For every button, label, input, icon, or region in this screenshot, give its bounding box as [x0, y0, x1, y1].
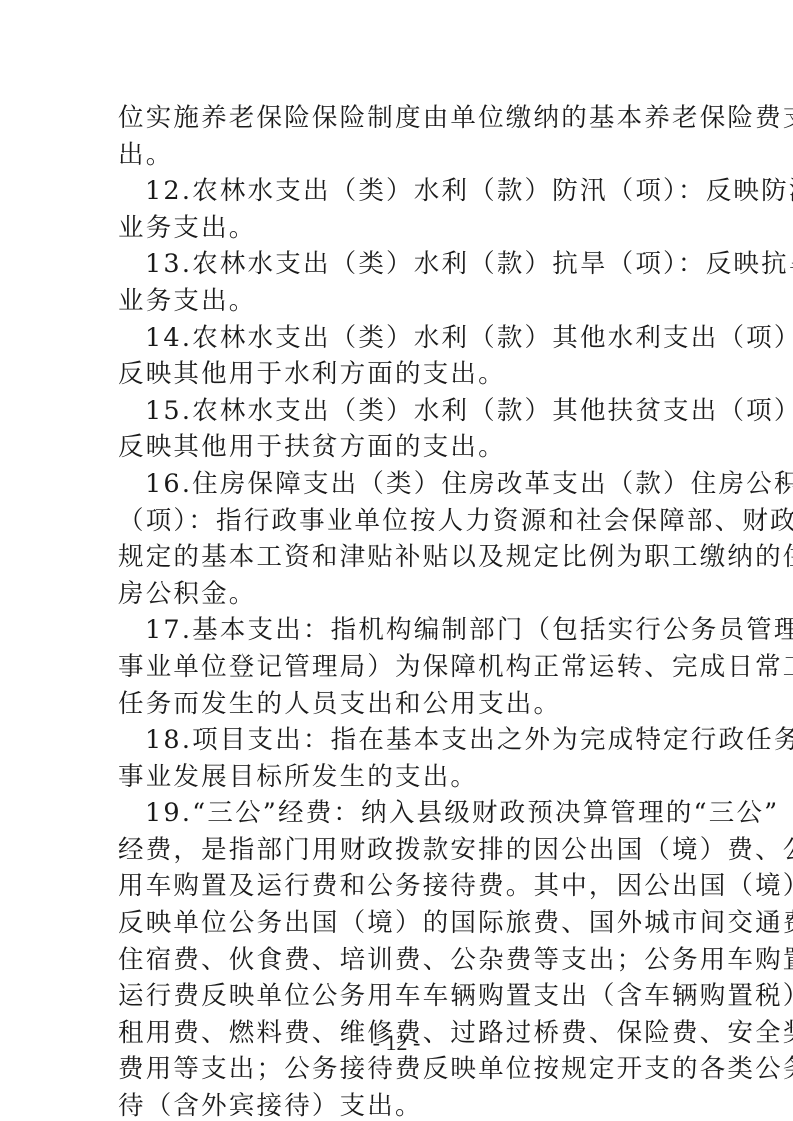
- text-line: 反映其他用于水利方面的支出。: [118, 356, 683, 393]
- text-line: 15.农林水支出（类）水利（款）其他扶贫支出（项）：: [118, 393, 683, 430]
- text-line: （项）：指行政事业单位按人力资源和社会保障部、财政部: [118, 503, 683, 540]
- document-body: 位实施养老保险保险制度由单位缴纳的基本养老保险费支出。12.农林水支出（类）水利…: [118, 100, 683, 1121]
- text-line: 14.农林水支出（类）水利（款）其他水利支出（项）：: [118, 320, 683, 357]
- text-line: 用车购置及运行费和公务接待费。其中，因公出国（境）费: [118, 868, 683, 905]
- text-line: 出。: [118, 137, 683, 174]
- text-line: 业务支出。: [118, 283, 683, 320]
- text-line: 规定的基本工资和津贴补贴以及规定比例为职工缴纳的住: [118, 539, 683, 576]
- text-line: 18.项目支出：指在基本支出之外为完成特定行政任务和: [118, 722, 683, 759]
- text-line: 17.基本支出：指机构编制部门（包括实行公务员管理的: [118, 612, 683, 649]
- text-line: 12.农林水支出（类）水利（款）防汛（项）：反映防汛: [118, 173, 683, 210]
- text-line: 任务而发生的人员支出和公用支出。: [118, 686, 683, 723]
- text-line: 13.农林水支出（类）水利（款）抗旱（项）：反映抗旱: [118, 246, 683, 283]
- text-line: 经费，是指部门用财政拨款安排的因公出国（境）费、公务: [118, 832, 683, 869]
- text-line: 费用等支出；公务接待费反映单位按规定开支的各类公务接: [118, 1051, 683, 1088]
- text-line: 反映单位公务出国（境）的国际旅费、国外城市间交通费、: [118, 905, 683, 942]
- text-line: 位实施养老保险保险制度由单位缴纳的基本养老保险费支: [118, 100, 683, 137]
- page-number: - 12 -: [0, 1030, 793, 1056]
- text-line: 事业单位登记管理局）为保障机构正常运转、完成日常工作: [118, 649, 683, 686]
- text-line: 住宿费、伙食费、培训费、公杂费等支出；公务用车购置及: [118, 942, 683, 979]
- text-line: 事业发展目标所发生的支出。: [118, 759, 683, 796]
- text-line: 业务支出。: [118, 210, 683, 247]
- text-line: 待（含外宾接待）支出。: [118, 1088, 683, 1121]
- text-line: 16.住房保障支出（类）住房改革支出（款）住房公积金: [118, 466, 683, 503]
- text-line: 房公积金。: [118, 576, 683, 613]
- text-line: 反映其他用于扶贫方面的支出。: [118, 429, 683, 466]
- text-line: 运行费反映单位公务用车车辆购置支出（含车辆购置税）及: [118, 978, 683, 1015]
- text-line: 19.“三公”经费：纳入县级财政预决算管理的“三公”: [118, 795, 683, 832]
